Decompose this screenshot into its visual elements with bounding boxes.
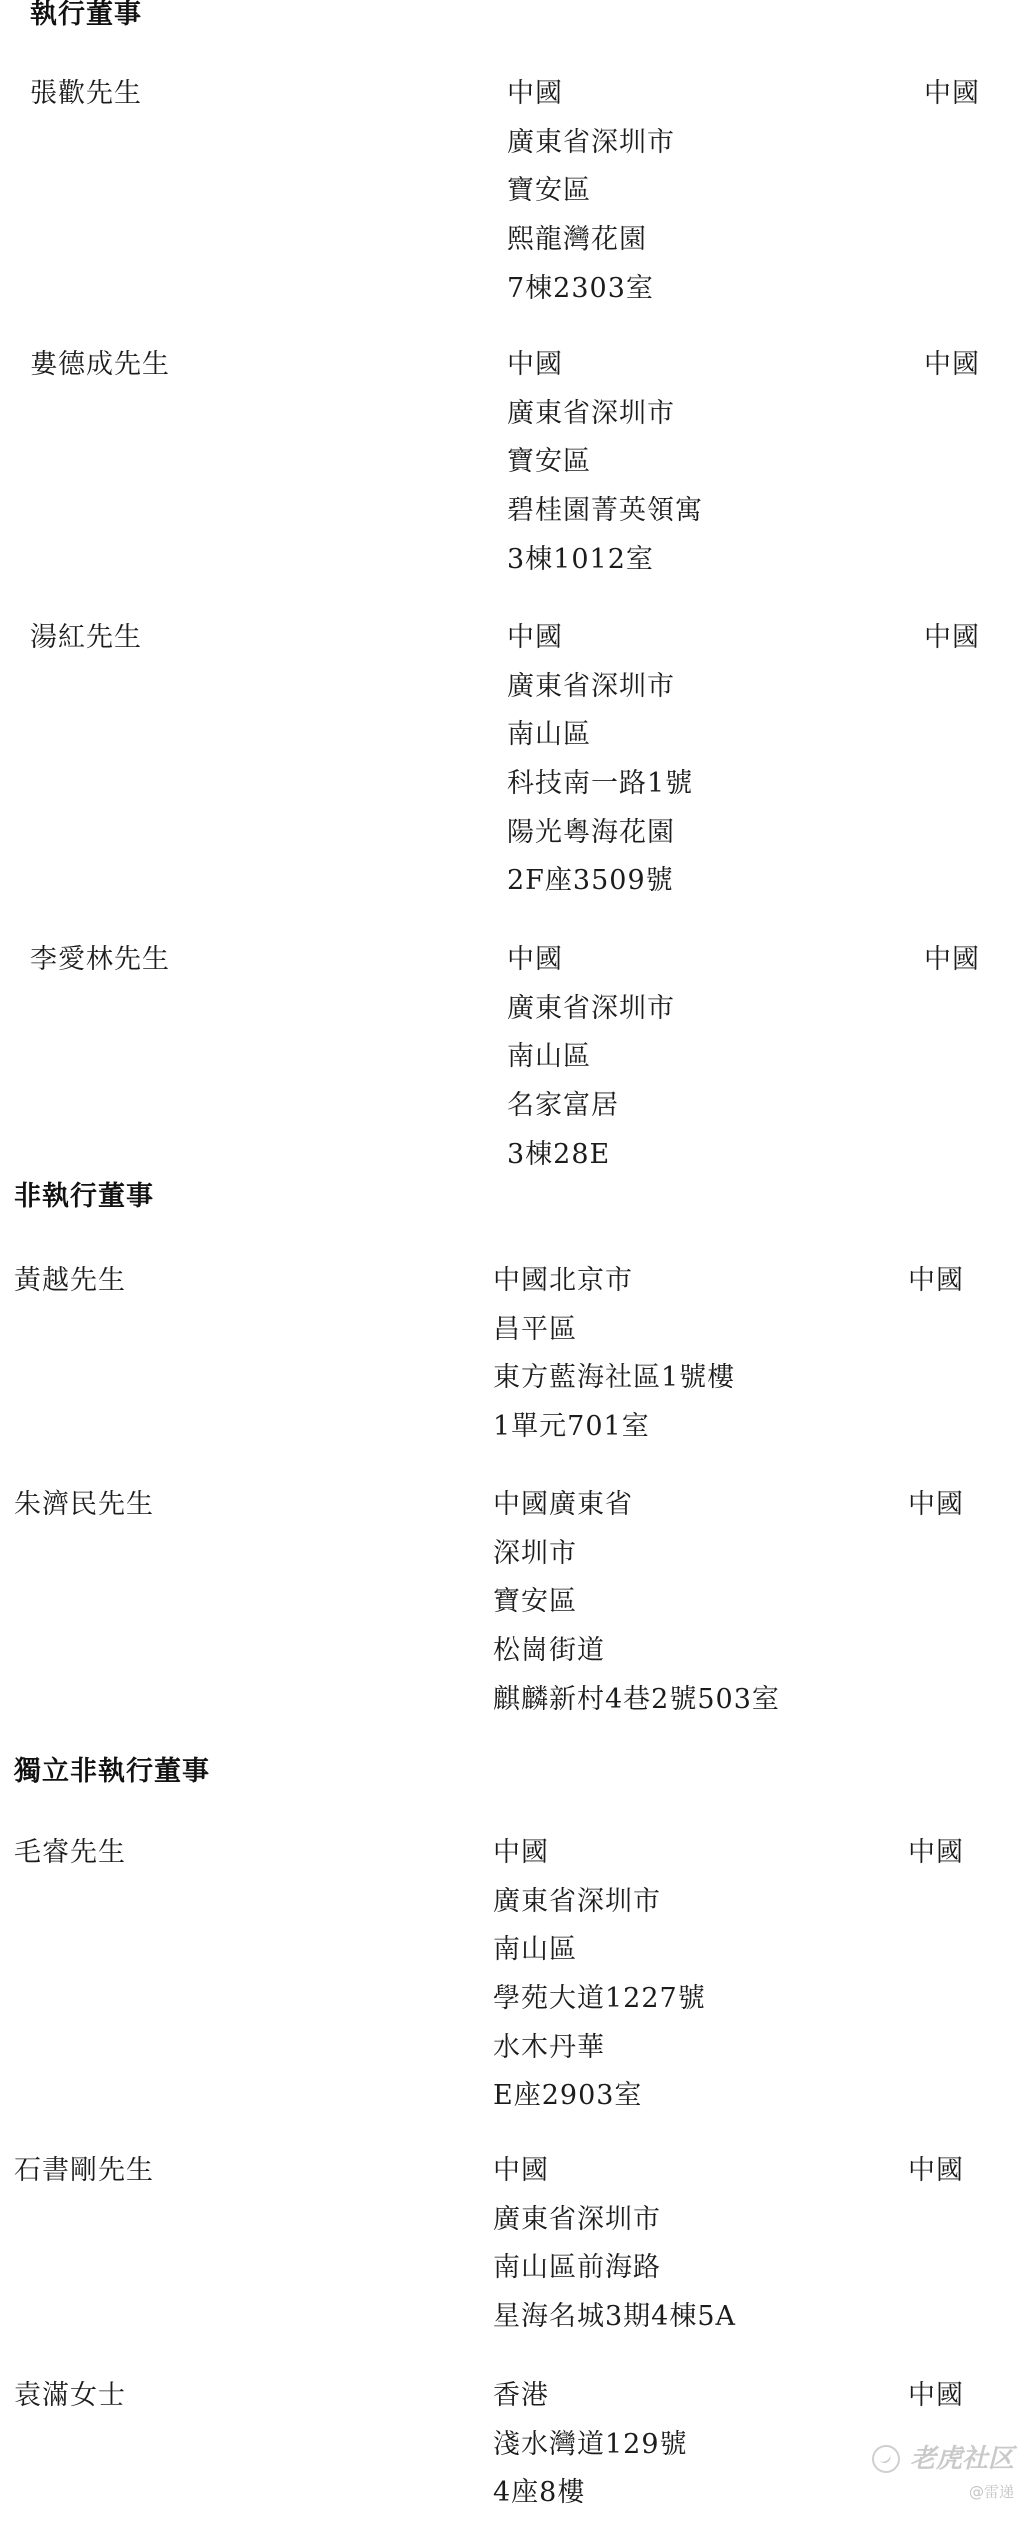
address-line: 淺水灣道129號 — [493, 2430, 688, 2460]
director-address: 中國 廣東省深圳市 南山區 名家富居 3棟28E — [507, 945, 675, 1188]
section-heading-executive-directors: 執行董事 — [30, 0, 142, 30]
director-nationality: 中國 — [908, 1490, 964, 1520]
address-line: 中國北京市 — [493, 1266, 735, 1296]
address-line: 寶安區 — [507, 176, 675, 206]
address-line: 南山區前海路 — [493, 2253, 736, 2283]
director-address: 中國 廣東省深圳市 南山區 學苑大道1227號 水木丹華 E座2903室 — [493, 1838, 706, 2130]
director-nationality: 中國 — [924, 945, 980, 975]
address-line: 中國 — [493, 1838, 706, 1868]
address-line: 1單元701室 — [493, 1412, 735, 1442]
address-line: 中國 — [493, 2156, 736, 2186]
address-line: 2F座3509號 — [507, 866, 693, 896]
address-line: 寶安區 — [507, 447, 703, 477]
address-line: 中國 — [507, 623, 693, 653]
address-line: 廣東省深圳市 — [507, 672, 693, 702]
director-address: 中國 廣東省深圳市 南山區前海路 星海名城3期4棟5A — [493, 2156, 736, 2351]
director-nationality: 中國 — [908, 1838, 964, 1868]
director-address: 中國廣東省 深圳市 寶安區 松崗街道 麒麟新村4巷2號503室 — [493, 1490, 780, 1733]
director-nationality: 中國 — [924, 623, 980, 653]
address-line: 麒麟新村4巷2號503室 — [493, 1685, 780, 1715]
address-line: 3棟28E — [507, 1140, 675, 1170]
watermark-brand: 老虎社区 — [872, 2444, 1014, 2474]
director-nationality: 中國 — [908, 2156, 964, 2186]
address-line: 廣東省深圳市 — [507, 994, 675, 1024]
director-name: 毛睿先生 — [14, 1838, 126, 1868]
watermark: 老虎社区 @雷递 — [872, 2444, 1014, 2502]
director-address: 中國北京市 昌平區 東方藍海社區1號樓 1單元701室 — [493, 1266, 735, 1461]
address-line: 香港 — [493, 2381, 688, 2411]
address-line: 廣東省深圳市 — [507, 128, 675, 158]
director-name: 朱濟民先生 — [14, 1490, 154, 1520]
address-line: 7棟2303室 — [507, 274, 675, 304]
address-line: 松崗街道 — [493, 1636, 780, 1666]
director-name: 婁德成先生 — [30, 350, 170, 380]
address-line: 陽光粵海花園 — [507, 818, 693, 848]
watermark-handle: @雷递 — [872, 2482, 1014, 2502]
director-name: 石書剛先生 — [14, 2156, 154, 2186]
section-heading-independent-non-executive-directors: 獨立非執行董事 — [14, 1757, 210, 1787]
address-line: 中國 — [507, 350, 703, 380]
address-line: 熙龍灣花園 — [507, 225, 675, 255]
address-line: 科技南一路1號 — [507, 769, 693, 799]
address-line: 廣東省深圳市 — [507, 399, 703, 429]
address-line: 中國廣東省 — [493, 1490, 780, 1520]
director-address: 中國 廣東省深圳市 南山區 科技南一路1號 陽光粵海花園 2F座3509號 — [507, 623, 693, 915]
address-line: 碧桂園菁英領寓 — [507, 496, 703, 526]
director-address: 中國 廣東省深圳市 寶安區 熙龍灣花園 7棟2303室 — [507, 79, 675, 322]
tiger-community-logo-icon — [872, 2445, 900, 2473]
address-line: 深圳市 — [493, 1539, 780, 1569]
address-line: 學苑大道1227號 — [493, 1984, 706, 2014]
director-address: 中國 廣東省深圳市 寶安區 碧桂園菁英領寓 3棟1012室 — [507, 350, 703, 593]
address-line: 南山區 — [493, 1935, 706, 1965]
address-line: 4座8樓 — [493, 2478, 688, 2508]
address-line: 中國 — [507, 79, 675, 109]
director-name: 李愛林先生 — [30, 945, 170, 975]
address-line: 昌平區 — [493, 1315, 735, 1345]
address-line: 南山區 — [507, 720, 693, 750]
address-line: 寶安區 — [493, 1587, 780, 1617]
directors-address-document: 執行董事 張歡先生 中國 廣東省深圳市 寶安區 熙龍灣花園 7棟2303室 中國… — [0, 0, 1026, 2523]
address-line: 名家富居 — [507, 1091, 675, 1121]
director-nationality: 中國 — [908, 1266, 964, 1296]
address-line: 中國 — [507, 945, 675, 975]
watermark-brand-text: 老虎社区 — [910, 2444, 1014, 2474]
director-nationality: 中國 — [924, 79, 980, 109]
section-heading-non-executive-directors: 非執行董事 — [14, 1182, 154, 1212]
address-line: 3棟1012室 — [507, 545, 703, 575]
director-address: 香港 淺水灣道129號 4座8樓 — [493, 2381, 688, 2523]
director-name: 黃越先生 — [14, 1266, 126, 1296]
address-line: 廣東省深圳市 — [493, 1887, 706, 1917]
director-name: 湯紅先生 — [30, 623, 142, 653]
director-name: 張歡先生 — [30, 79, 142, 109]
address-line: 東方藍海社區1號樓 — [493, 1363, 735, 1393]
director-nationality: 中國 — [924, 350, 980, 380]
address-line: 水木丹華 — [493, 2033, 706, 2063]
address-line: 南山區 — [507, 1042, 675, 1072]
address-line: E座2903室 — [493, 2081, 706, 2111]
director-nationality: 中國 — [908, 2381, 964, 2411]
address-line: 星海名城3期4棟5A — [493, 2302, 736, 2332]
address-line: 廣東省深圳市 — [493, 2205, 736, 2235]
director-name: 袁滿女士 — [14, 2381, 126, 2411]
